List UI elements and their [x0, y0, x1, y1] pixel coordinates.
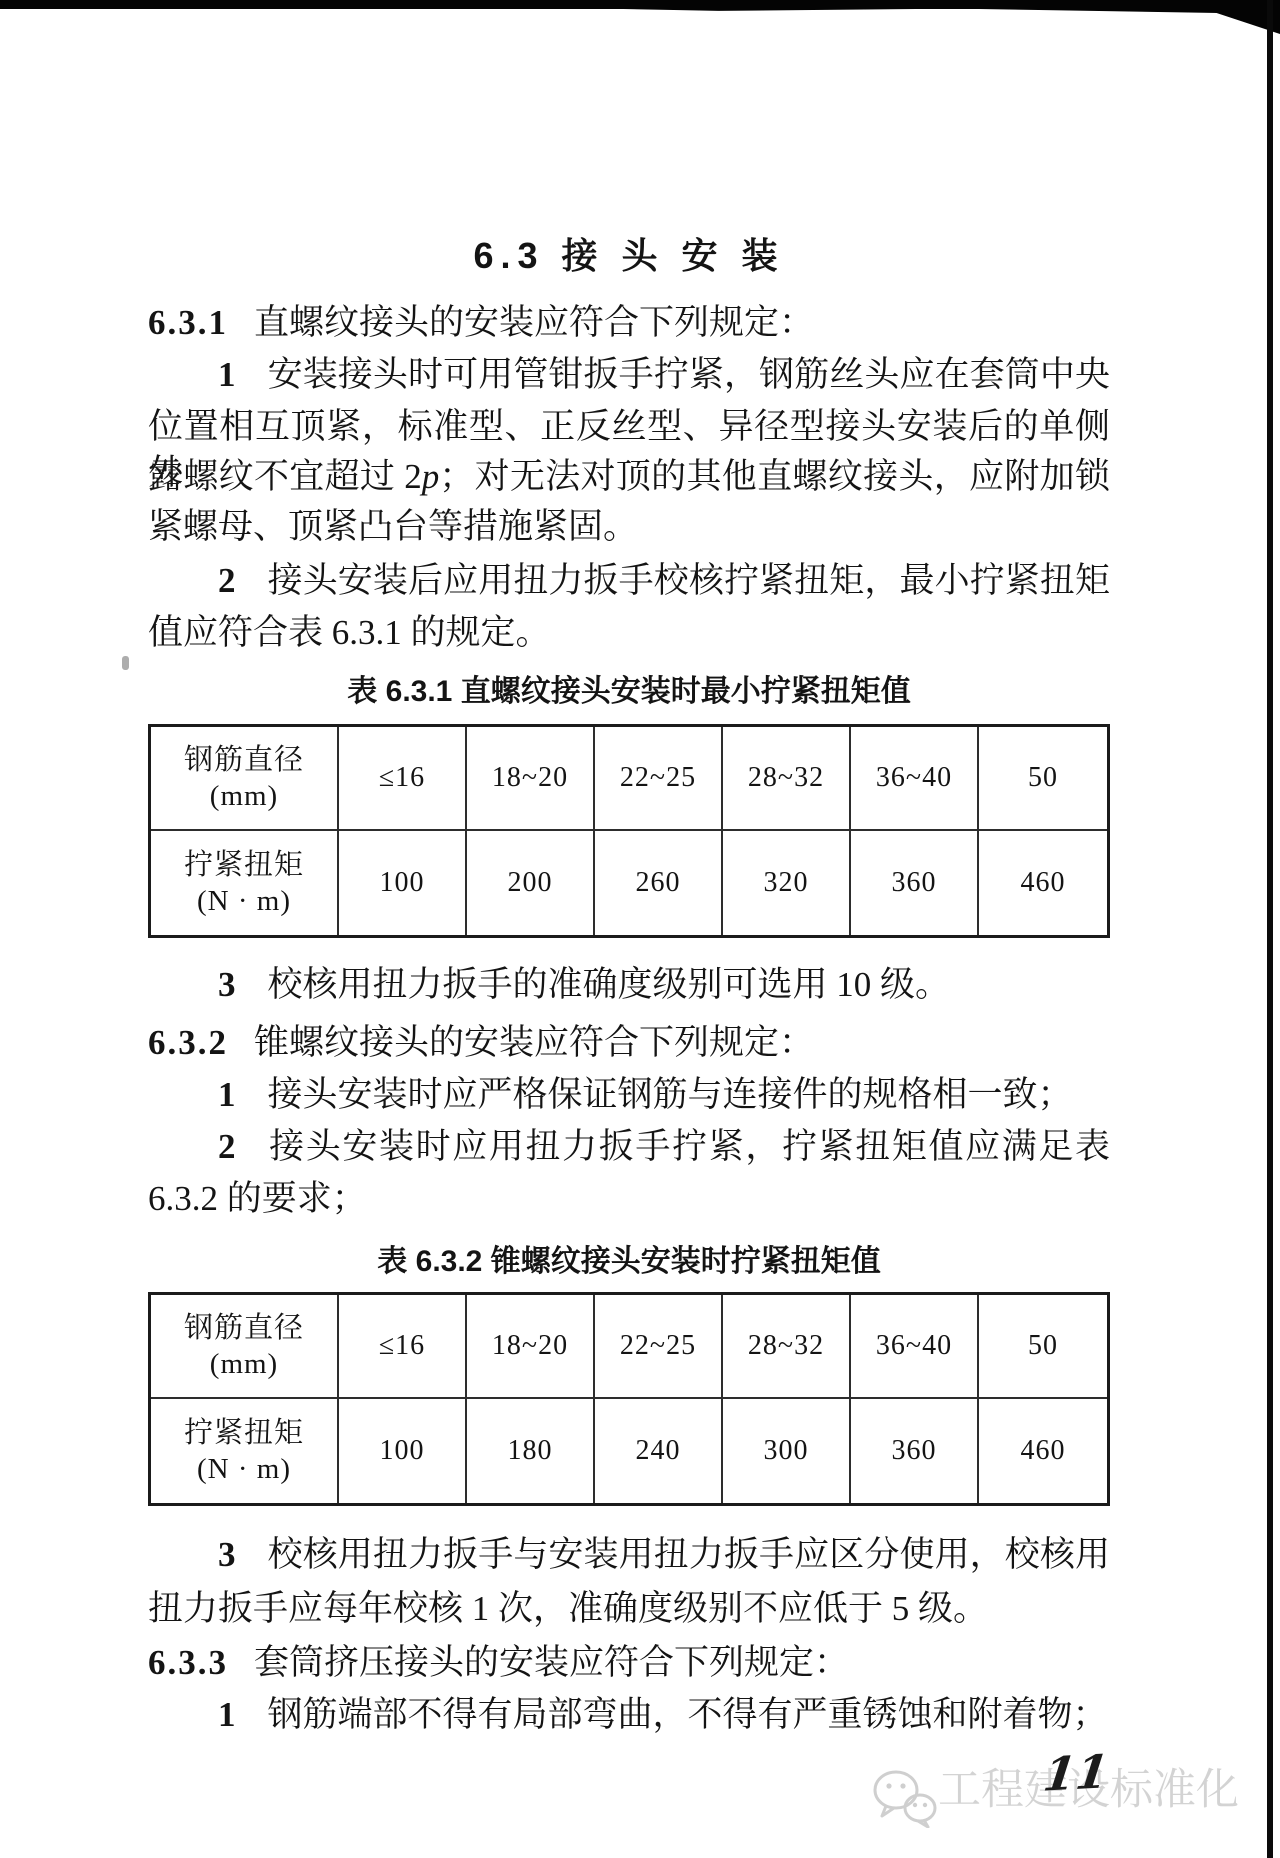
table-cell: 100 [339, 1399, 467, 1503]
paragraph-text: 接头安装时应严格保证钢筋与连接件的规格相一致； [268, 1075, 1073, 1114]
paragraph-text: 钢筋端部不得有局部弯曲，不得有严重锈蚀和附着物； [268, 1695, 1108, 1734]
paragraph-text: 露螺纹不宜超过 2 [148, 457, 422, 496]
paragraph-text: 值应符合表 6.3.1 的规定。 [148, 613, 551, 652]
paragraph-line: 1安装接头时可用管钳扳手拧紧，钢筋丝头应在套筒中央 [148, 352, 1110, 398]
paragraph-text: 6.3.2 的要求； [148, 1179, 367, 1218]
scan-artifact-speck [122, 656, 129, 670]
table-row-label: 拧紧扭矩 (N · m) [151, 831, 339, 935]
table-row-label: 拧紧扭矩 (N · m) [151, 1399, 339, 1503]
table-cell: 360 [851, 831, 979, 935]
table-cell: 18~20 [467, 1295, 595, 1399]
paragraph-text: 接头安装后应用扭力扳手校核拧紧扭矩，最小拧紧扭矩 [268, 561, 1111, 600]
item-number: 3 [218, 1535, 236, 1574]
table-cell: 28~32 [723, 1295, 851, 1399]
clause-text: 锥螺纹接头的安装应符合下列规定： [254, 1023, 814, 1062]
paragraph-line: 紧螺母、顶紧凸台等措施紧固。 [148, 504, 1110, 550]
item-number: 2 [218, 1127, 236, 1166]
row-label-line: (mm) [210, 1346, 278, 1382]
item-number: 2 [218, 561, 236, 600]
page-number: 11 [1040, 1744, 1111, 1801]
paragraph-line: 露螺纹不宜超过 2p；对无法对顶的其他直螺纹接头，应附加锁 [148, 454, 1110, 500]
item-number: 1 [218, 1695, 236, 1734]
scan-artifact-top-band-right [560, 0, 1280, 14]
table-6-3-1-caption: 表 6.3.1 直螺纹接头安装时最小拧紧扭矩值 [148, 672, 1110, 712]
paragraph-line: 1接头安装时应严格保证钢筋与连接件的规格相一致； [148, 1072, 1110, 1118]
clause-number: 6.3.1 [148, 303, 228, 342]
clause-6-3-2-heading: 6.3.2锥螺纹接头的安装应符合下列规定： [148, 1020, 1110, 1066]
italic-variable: p [422, 457, 440, 496]
clause-6-3-3-heading: 6.3.3套筒挤压接头的安装应符合下列规定： [148, 1640, 1110, 1686]
table-cell: 300 [723, 1399, 851, 1503]
table-cell: 36~40 [851, 727, 979, 831]
table-cell: 320 [723, 831, 851, 935]
table-6-3-2: 钢筋直径 (mm) ≤16 18~20 22~25 28~32 36~40 50… [148, 1292, 1110, 1506]
scan-artifact-right-edge-line [1267, 0, 1273, 1858]
paragraph-line: 扭力扳手应每年校核 1 次，准确度级别不应低于 5 级。 [148, 1586, 1110, 1632]
row-label-line: (N · m) [197, 1451, 291, 1487]
clause-6-3-1-heading: 6.3.1直螺纹接头的安装应符合下列规定： [148, 300, 1110, 346]
paragraph-text: ；对无法对顶的其他直螺纹接头，应附加锁 [439, 457, 1110, 496]
item-number: 1 [218, 1075, 236, 1114]
table-cell: 36~40 [851, 1295, 979, 1399]
table-cell: 50 [979, 727, 1107, 831]
paragraph-text: 紧螺母、顶紧凸台等措施紧固。 [148, 507, 638, 546]
table-row-label: 钢筋直径 (mm) [151, 1295, 339, 1399]
table-cell: 28~32 [723, 727, 851, 831]
clause-number: 6.3.3 [148, 1643, 228, 1682]
table-6-3-2-caption: 表 6.3.2 锥螺纹接头安装时拧紧扭矩值 [148, 1242, 1110, 1282]
clause-text: 套筒挤压接头的安装应符合下列规定： [254, 1643, 849, 1682]
paragraph-text: 安装接头时可用管钳扳手拧紧，钢筋丝头应在套筒中央 [268, 355, 1111, 394]
paragraph-line: 3校核用扭力扳手的准确度级别可选用 10 级。 [148, 962, 1110, 1008]
paragraph-line: 1钢筋端部不得有局部弯曲，不得有严重锈蚀和附着物； [148, 1692, 1110, 1738]
clause-text: 直螺纹接头的安装应符合下列规定： [254, 303, 814, 342]
paragraph-line: 3校核用扭力扳手与安装用扭力扳手应区分使用，校核用 [148, 1532, 1110, 1578]
paragraph-text: 校核用扭力扳手的准确度级别可选用 10 级。 [268, 965, 951, 1004]
section-title: 6.3 接 头 安 装 [148, 228, 1110, 279]
paragraph-text: 校核用扭力扳手与安装用扭力扳手应区分使用，校核用 [268, 1535, 1111, 1574]
paragraph-text: 接头安装时应用扭力扳手拧紧，拧紧扭矩值应满足表 [268, 1127, 1111, 1166]
paragraph-line: 值应符合表 6.3.1 的规定。 [148, 610, 1110, 656]
paragraph-line: 6.3.2 的要求； [148, 1176, 1110, 1222]
table-row-label: 钢筋直径 (mm) [151, 727, 339, 831]
row-label-line: 拧紧扭矩 [184, 847, 304, 883]
table-cell: 240 [595, 1399, 723, 1503]
table-cell: 50 [979, 1295, 1107, 1399]
wechat-logo-icon [872, 1768, 938, 1828]
table-cell: 200 [467, 831, 595, 935]
table-cell: 22~25 [595, 1295, 723, 1399]
paragraph-text: 扭力扳手应每年校核 1 次，准确度级别不应低于 5 级。 [148, 1589, 988, 1628]
table-6-3-1: 钢筋直径 (mm) ≤16 18~20 22~25 28~32 36~40 50… [148, 724, 1110, 938]
table-cell: 360 [851, 1399, 979, 1503]
row-label-line: 钢筋直径 [184, 742, 304, 778]
table-cell: ≤16 [339, 1295, 467, 1399]
clause-number: 6.3.2 [148, 1023, 228, 1062]
item-number: 3 [218, 965, 236, 1004]
table-cell: 180 [467, 1399, 595, 1503]
table-cell: 260 [595, 831, 723, 935]
row-label-line: 钢筋直径 [184, 1310, 304, 1346]
row-label-line: (mm) [210, 778, 278, 814]
table-cell: 100 [339, 831, 467, 935]
table-cell: 18~20 [467, 727, 595, 831]
table-cell: 460 [979, 831, 1107, 935]
scanned-document-page: { "title": "6.3 接 头 安 装", "sec631": { "n… [0, 0, 1280, 1858]
row-label-line: (N · m) [197, 883, 291, 919]
paragraph-line: 2接头安装时应用扭力扳手拧紧，拧紧扭矩值应满足表 [148, 1124, 1110, 1170]
row-label-line: 拧紧扭矩 [184, 1415, 304, 1451]
item-number: 1 [218, 355, 236, 394]
table-cell: 460 [979, 1399, 1107, 1503]
paragraph-line: 2接头安装后应用扭力扳手校核拧紧扭矩，最小拧紧扭矩 [148, 558, 1110, 604]
table-cell: 22~25 [595, 727, 723, 831]
table-cell: ≤16 [339, 727, 467, 831]
